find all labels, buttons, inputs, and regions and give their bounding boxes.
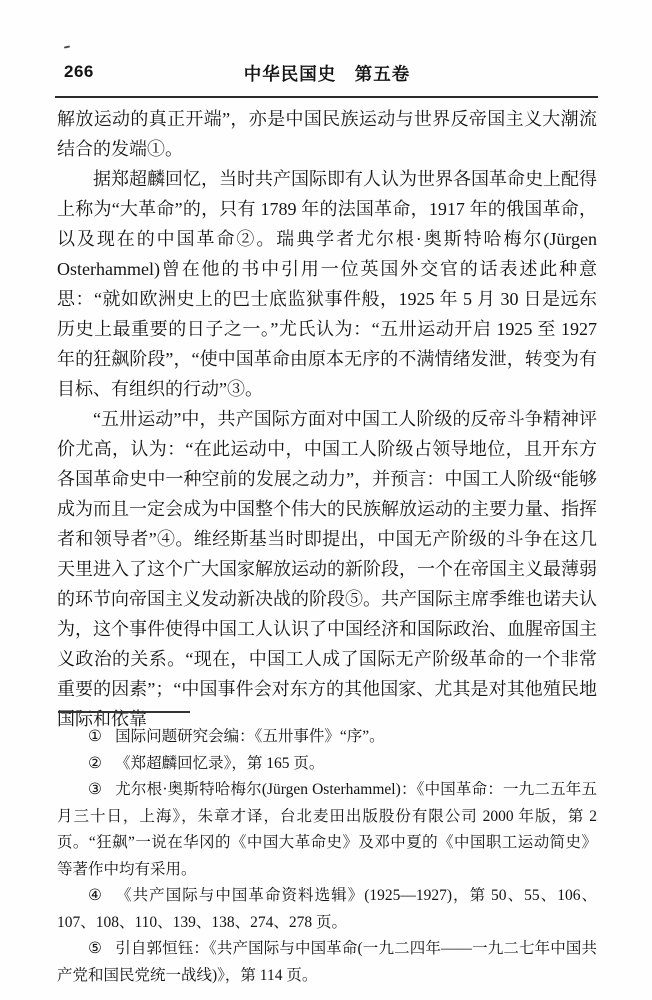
footnote-separator xyxy=(58,711,190,713)
paragraph: 解放运动的真正开端”，亦是中国民族运动与世界反帝国主义大潮流结合的发端①。 xyxy=(57,104,597,164)
footnote-text: 《共产国际与中国革命资料选辑》(1925—1927)，第 50、55、106、1… xyxy=(57,887,597,931)
page-number: 266 xyxy=(64,62,94,82)
header-rule xyxy=(55,96,598,98)
footnote-text: 尤尔根·奥斯特哈梅尔(Jürgen Osterhammel)：《中国革命：一九二… xyxy=(57,781,597,878)
footnote-text: 《郑超麟回忆录》，第 165 页。 xyxy=(115,755,324,772)
footnote: ④《共产国际与中国革命资料选辑》(1925—1927)，第 50、55、106、… xyxy=(57,883,597,936)
footnote-marker: ① xyxy=(88,728,102,745)
footnote-marker: ② xyxy=(88,755,102,772)
footnote-marker: ④ xyxy=(88,887,103,904)
footnote-marker: ③ xyxy=(88,781,102,798)
running-title: 中华民国史 第五卷 xyxy=(57,61,597,86)
footnote-text: 引自郭恒钰：《共产国际与中国革命(一九二四年——一九二七年中国共产党和国民党统一… xyxy=(57,940,597,984)
footnote: ①国际问题研究会编：《五卅事件》“序”。 xyxy=(57,724,597,751)
body-text: 解放运动的真正开端”，亦是中国民族运动与世界反帝国主义大潮流结合的发端①。据郑超… xyxy=(57,104,597,734)
footnote: ②《郑超麟回忆录》，第 165 页。 xyxy=(57,751,597,778)
footnote-marker: ⑤ xyxy=(88,940,102,957)
page-header: 266 中华民国史 第五卷 xyxy=(57,61,597,85)
paragraph: 据郑超麟回忆，当时共产国际即有人认为世界各国革命史上配得上称为“大革命”的，只有… xyxy=(57,164,597,404)
footnote-text: 国际问题研究会编：《五卅事件》“序”。 xyxy=(115,728,385,745)
footnotes: ①国际问题研究会编：《五卅事件》“序”。②《郑超麟回忆录》，第 165 页。③尤… xyxy=(57,724,597,989)
paragraph: “五卅运动”中，共产国际方面对中国工人阶级的反帝斗争精神评价尤高，认为：“在此运… xyxy=(57,404,597,734)
footnote: ③尤尔根·奥斯特哈梅尔(Jürgen Osterhammel)：《中国革命：一九… xyxy=(57,777,597,883)
book-page: 266 中华民国史 第五卷 解放运动的真正开端”，亦是中国民族运动与世界反帝国主… xyxy=(0,0,652,1000)
footnote: ⑤引自郭恒钰：《共产国际与中国革命(一九二四年——一九二七年中国共产党和国民党统… xyxy=(57,936,597,989)
scan-speck xyxy=(64,45,70,48)
